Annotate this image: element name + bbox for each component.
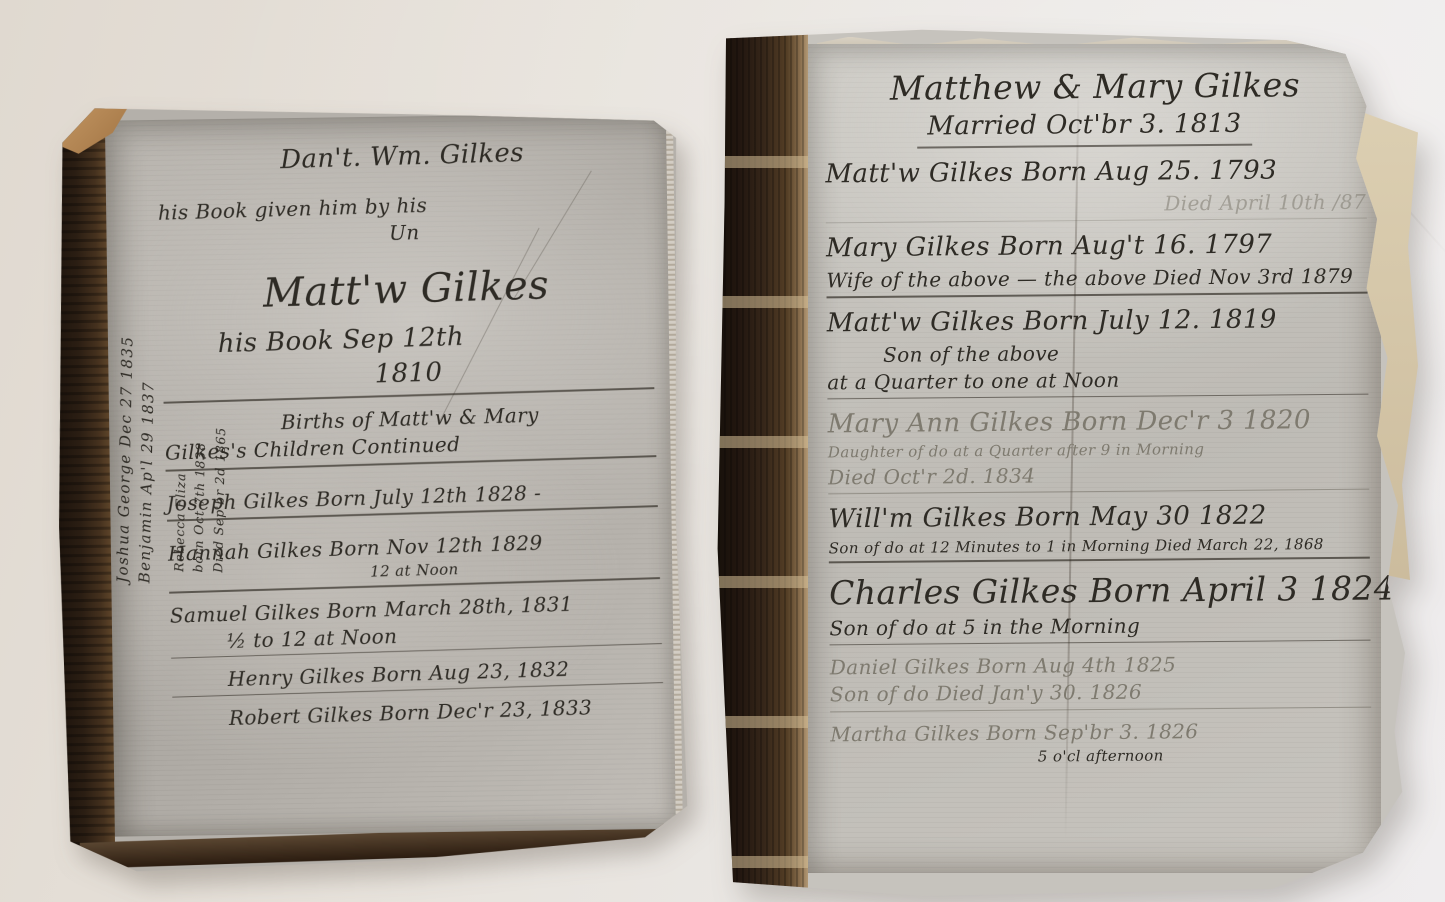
- handwriting-line: Will'm Gilkes Born May 30 1822: [828, 499, 1369, 535]
- left-book-cover-page: Dan't. Wm. Gilkeshis Book given him by h…: [51, 96, 690, 873]
- handwriting-line: Daughter of do at a Quarter after 9 in M…: [828, 439, 1369, 462]
- handwriting-line: Robert Gilkes Born Dec'r 23, 1833: [173, 693, 665, 732]
- handwriting-line: Son of do at 12 Minutes to 1 in Morning …: [829, 534, 1370, 563]
- handwriting-line: Matt'w Gilkes: [160, 258, 653, 321]
- margin-note: Rebecca Eliza: [171, 426, 189, 572]
- handwriting-line: Joseph Gilkes Born July 12th 1828 -: [166, 477, 658, 522]
- handwriting-line: Mary Gilkes Born Aug't 16. 1797: [826, 228, 1367, 264]
- handwriting-line: Son of do Died Jan'y 30. 1826: [830, 677, 1371, 711]
- photo-surface: Dan't. Wm. Gilkeshis Book given him by h…: [0, 0, 1445, 902]
- handwriting-line: Daniel Gilkes Born Aug 4th 1825: [830, 650, 1371, 679]
- handwriting-line: Charles Gilkes Born April 3 1824: [829, 568, 1370, 613]
- margin-note: Benjamin Ap'l 29 1837: [136, 336, 159, 584]
- handwriting-line: Died Oct'r 2d. 1834: [828, 460, 1369, 494]
- handwriting-line: Married Oct'br 3. 1813: [917, 109, 1252, 149]
- margin-note: born Oct 7th 1838: [190, 426, 208, 572]
- left-book: Dan't. Wm. Gilkeshis Book given him by h…: [51, 96, 690, 873]
- handwriting-line: Matt'w Gilkes Born Aug 25. 1793: [825, 154, 1366, 190]
- handwriting-line: 5 o'cl afternoon: [830, 744, 1371, 767]
- right-book-block: Matthew & Mary GilkesMarried Oct'br 3. 1…: [712, 28, 1412, 896]
- right-book-page: Matthew & Mary GilkesMarried Oct'br 3. 1…: [808, 44, 1381, 874]
- handwriting-line: Son of do at 5 in the Morning: [829, 612, 1370, 645]
- left-book-margin-notes-outer: Joshua George Dec 27 1835Benjamin Ap'l 2…: [113, 335, 159, 583]
- handwriting-line: Wife of the above — the above Died Nov 3…: [826, 263, 1367, 298]
- left-book-page: Dan't. Wm. Gilkeshis Book given him by h…: [105, 113, 676, 837]
- handwriting-line: Martha Gilkes Born Sep'br 3. 1826: [830, 717, 1371, 746]
- margin-note: Died Sep'br 2d 1865: [210, 427, 228, 573]
- handwriting-line: Died April 10th /87: [826, 189, 1367, 223]
- handwriting-line: Matt'w Gilkes Born July 12. 1819: [827, 303, 1368, 339]
- right-book: Matthew & Mary GilkesMarried Oct'br 3. 1…: [712, 28, 1412, 896]
- right-book-spine: [712, 28, 808, 896]
- handwriting-line: Mary Ann Gilkes Born Dec'r 3 1820: [828, 404, 1369, 440]
- handwriting-line: Son of the above: [827, 338, 1368, 367]
- right-book-handwriting: Matthew & Mary GilkesMarried Oct'br 3. 1…: [825, 61, 1372, 868]
- left-book-handwriting: Dan't. Wm. Gilkeshis Book given him by h…: [156, 131, 668, 829]
- handwriting-line: at a Quarter to one at Noon: [827, 366, 1368, 399]
- margin-note: Joshua George Dec 27 1835: [113, 335, 136, 583]
- left-book-margin-notes-inner: Rebecca Elizaborn Oct 7th 1838Died Sep'b…: [171, 426, 228, 573]
- handwriting-line: Matthew & Mary Gilkes: [825, 64, 1366, 109]
- handwriting-line: Dan't. Wm. Gilkes: [156, 134, 648, 180]
- handwriting-line: Henry Gilkes Born Aug 23, 1832: [171, 654, 663, 697]
